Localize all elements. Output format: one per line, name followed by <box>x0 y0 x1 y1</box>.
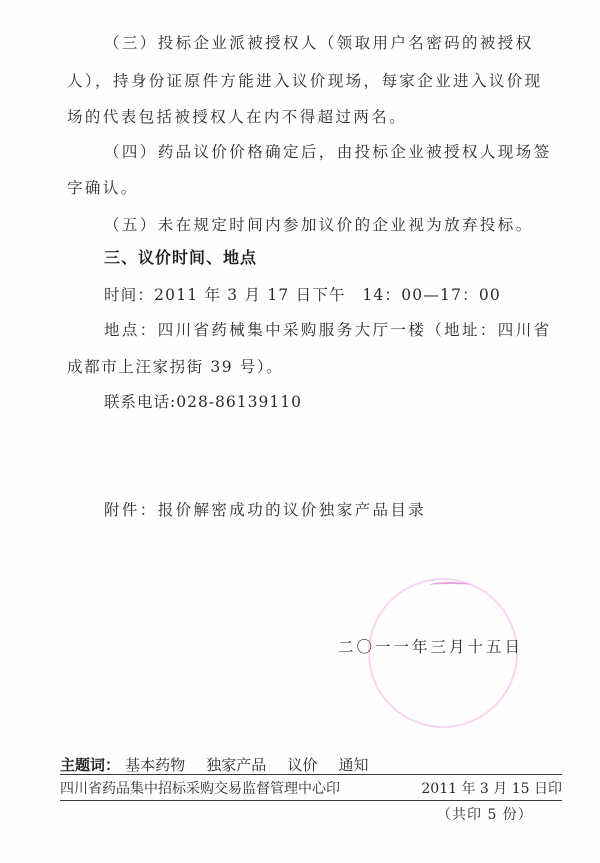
footer-rule-bottom <box>60 800 562 801</box>
contact-phone: 联系电话:028-86139110 <box>104 392 302 412</box>
official-seal-arc <box>430 582 470 588</box>
document-page: （三）投标企业派被授权人（领取用户名密码的被授权 人），持身份证原件方能进入议价… <box>0 0 600 863</box>
footer-rule-top <box>60 774 562 775</box>
print-date: 2011 年 3 月 15 日印 <box>421 779 562 799</box>
copies-count: （共印 5 份） <box>437 805 533 825</box>
keywords-label: 主题词： <box>60 756 120 774</box>
item-3-line-1: （三）投标企业派被授权人（领取用户名密码的被授权 <box>104 33 534 53</box>
section-3-heading: 三、议价时间、地点 <box>104 248 257 268</box>
issuer-name: 四川省药品集中招标采购交易监督管理中心印 <box>60 779 340 799</box>
signature-date: 二〇一一年三月十五日 <box>338 637 523 657</box>
keywords-row: 主题词： 基本药物 独家产品 议价 通知 <box>60 754 562 775</box>
attachment-note: 附件：报价解密成功的议价独家产品目录 <box>104 500 426 520</box>
keyword-3: 议价 <box>287 756 317 774</box>
meeting-location-line-1: 地点：四川省药械集中采购服务大厅一楼（地址：四川省 <box>104 320 552 340</box>
keyword-4: 通知 <box>338 756 368 774</box>
meeting-time: 时间：2011 年 3 月 17 日下午 14：00—17：00 <box>104 285 501 305</box>
item-3-line-3: 场的代表包括被授权人在内不得超过两名。 <box>67 107 407 127</box>
item-4-line-1: （四）药品议价价格确定后，由投标企业被授权人现场签 <box>104 142 552 162</box>
issuer-row: 四川省药品集中招标采购交易监督管理中心印 2011 年 3 月 15 日印 <box>60 779 562 799</box>
meeting-location-line-2: 成都市上汪家拐街 39 号）。 <box>67 357 283 377</box>
item-3-line-2: 人），持身份证原件方能进入议价现场，每家企业进入议价现 <box>67 71 543 91</box>
keyword-2: 独家产品 <box>206 756 266 774</box>
item-4-line-2: 字确认。 <box>67 178 139 198</box>
item-5-line-1: （五）未在规定时间内参加议价的企业视为放弃投标。 <box>104 215 534 235</box>
keyword-1: 基本药物 <box>125 756 185 774</box>
